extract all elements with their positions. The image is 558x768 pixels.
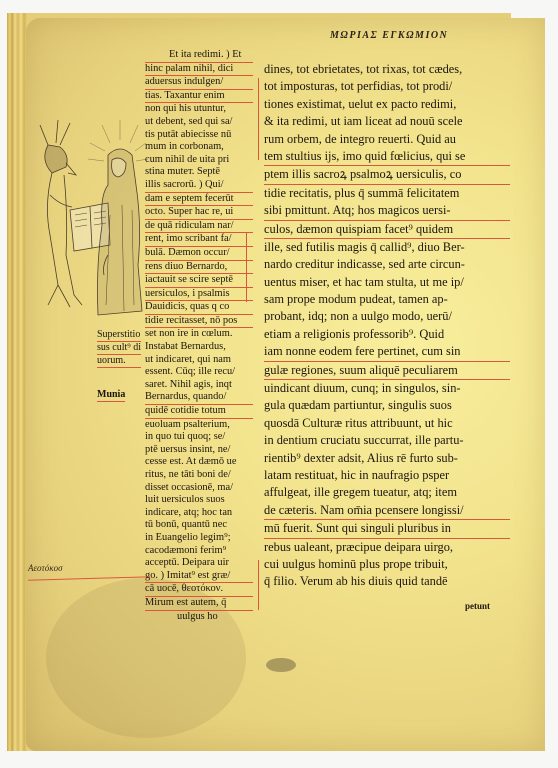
text-line: ille, sed futilis magis q̄ callid⁹, diuo…: [264, 239, 510, 256]
text-line: cui uulgus hominū plus prope tribuit,: [264, 556, 510, 573]
text-line: in dentium cruciatu succurrat, ille part…: [264, 432, 510, 449]
commentary-line: stina muteт. Septē: [145, 166, 253, 179]
commentary-line: ptē uersus insint, ne/: [145, 444, 253, 457]
commentary-line: dam e septem fecerūt: [145, 193, 253, 207]
commentary-line: rens diuo Bernardo,: [145, 261, 253, 275]
commentary-line: uulgus ho: [145, 611, 253, 624]
commentary-line: de quā ridiculam nar/: [145, 220, 253, 234]
marginal-line: Superstitio: [97, 329, 141, 342]
commentary-line: mum in corbonam,: [145, 141, 253, 154]
commentary-line: Dauidicis, quas q co: [145, 301, 253, 315]
commentary-line: Mirum est autem, q̄: [145, 597, 253, 611]
text-line: rum orbem, de integro reuerti. Quid au: [264, 131, 510, 148]
commentary-line: Bernardus, quando/: [145, 391, 253, 405]
text-line: tiones existimat, uelut ex pacto redimi,: [264, 96, 510, 113]
commentary-line: bulā. Dæmon occur/: [145, 247, 253, 261]
commentary-line: in quo tui quoq; se/: [145, 431, 253, 444]
commentary-line: aduersus indulgen/: [145, 76, 253, 90]
text-line: rientib⁹ dexter adsit, Alius rē furto su…: [264, 450, 510, 467]
commentary-line: cum nihil de uita pri: [145, 154, 253, 167]
red-bracket: [246, 232, 253, 302]
text-line: latam restituat, hic in naufragio psper: [264, 467, 510, 484]
commentary-line: tidie recitasset, nō pos: [145, 315, 253, 329]
commentary-line: ut indicaret, qui nam: [145, 354, 253, 367]
text-line: quosdā Culturæ ritus attribuunt, ut hic: [264, 415, 510, 432]
woodcut-illustration: [30, 115, 148, 325]
handwritten-annotation: Αεοτόκοσ: [28, 563, 63, 573]
commentary-line: tias. Taxantur enim: [145, 90, 253, 104]
commentary-line: cesse est. At dæmō ue: [145, 456, 253, 469]
running-head: ΜΩΡΙΑΣ ΕΓΚΩΜΙΟΝ: [330, 30, 448, 41]
commentary-line: ritus, ne tāti boni de/: [145, 469, 253, 482]
text-line: probant, idq; non a uulgo modo, uerū/: [264, 308, 510, 325]
ink-blot: [266, 658, 296, 672]
text-line: & ita redimi, ut iam liceat ad nouū scel…: [264, 113, 510, 130]
commentary-line: tis putāt abiecisse nū: [145, 129, 253, 142]
text-line: nardo creditur indicasse, sed arte circu…: [264, 256, 510, 273]
commentary-column: Et ita redimi. ) Et hinc palam nihil, di…: [145, 49, 253, 623]
commentary-line: saret. Nihil agis, inqt: [145, 379, 253, 392]
text-line: affulgeat, ille gregem tueatur, atq; ite…: [264, 484, 510, 501]
text-line: sam prope modum pudeat, tamen ap-: [264, 291, 510, 308]
commentary-line: in Euangelio legim⁹;: [145, 532, 253, 545]
commentary-line: cā uocē, θεοτόκον.: [145, 583, 253, 597]
text-line: uindicant diuum, cunq; in singulos, sin-: [264, 380, 510, 397]
commentary-line: Instabat Bernardus,: [145, 341, 253, 354]
text-line: etiam a religionis professorib⁹. Quid: [264, 326, 510, 343]
commentary-line: go. ) Imitat⁹ est græ/: [145, 570, 253, 584]
text-line: ptem illis sacroꝝ psalmoꝝ uersiculis, co: [264, 166, 510, 184]
commentary-line: illis sacrorū. ) Qui/: [145, 179, 253, 193]
commentary-line: hinc palam nihil, dici: [145, 63, 253, 77]
commentary-line: cacodæmoni ferim⁹: [145, 545, 253, 558]
commentary-line: disset occasionē, ma/: [145, 482, 253, 495]
marginal-line: sus cult⁹ di: [97, 342, 141, 355]
main-text-column: dines, tot ebrietates, tot rixas, tot cæ…: [264, 61, 510, 591]
commentary-line: octo. Super hac re, ui: [145, 206, 253, 220]
commentary-line: set non ire in cœlum.: [145, 328, 253, 341]
catchword: petunt: [465, 601, 490, 611]
marginal-note-superstitio: Superstitio sus cult⁹ di uorum.: [97, 329, 141, 368]
commentary-line: quidē cotidie totum: [145, 405, 253, 419]
text-line: q̄ filio. Verum ab his diuis quid tandē: [264, 573, 510, 590]
text-line: iam nonne eodem fere pertinet, cum sin: [264, 343, 510, 361]
text-line: rebus ualeant, præcipue deipara uirgo,: [264, 539, 510, 556]
commentary-line: essent. Cūq; ille recu/: [145, 366, 253, 379]
text-line: culos, dæmon quispiam facet⁹ quidem: [264, 221, 510, 239]
text-line: gula quædam partiuntur, singulis suos: [264, 397, 510, 414]
text-line: tot imposturas, tot perfidias, tot prodi…: [264, 78, 510, 95]
commentary-line: indicare, atq; hoc tan: [145, 507, 253, 520]
commentary-line: non qui his utuntur,: [145, 103, 253, 116]
text-line: tem stultius ijs, imo quid fœlicius, qui…: [264, 148, 510, 166]
commentary-line: iactauit se scire septē: [145, 274, 253, 288]
commentary-line: Et ita redimi. ) Et: [145, 49, 253, 63]
marginal-note-munia: Munia: [97, 389, 125, 402]
text-line: de cæteris. Nam om̄ia pcensere longissi/: [264, 502, 510, 520]
commentary-line: euoluam psalterium,: [145, 419, 253, 432]
commentary-line: rent, imo scribant fa/: [145, 233, 253, 247]
commentary-line: tū bonū, quantū nec: [145, 519, 253, 532]
commentary-line: uersiculos, i psalmis: [145, 288, 253, 302]
commentary-line: acceptū. Deipara uir: [145, 557, 253, 570]
text-line: tidie recitatis, plus q̄ summā felicitat…: [264, 185, 510, 202]
commentary-line: luit uersiculos suos: [145, 494, 253, 507]
marginal-line: uorum.: [97, 355, 141, 368]
text-line: uentus miser, et hac tam stulta, ut me i…: [264, 274, 510, 291]
text-line: sibi pmittunt. Atq; hos magicos uersi-: [264, 202, 510, 220]
text-line: mū fuerit. Sunt qui singuli pluribus in: [264, 520, 510, 538]
text-line: dines, tot ebrietates, tot rixas, tot cæ…: [264, 61, 510, 78]
text-line: gulæ regiones, suum aliquē peculiarem: [264, 362, 510, 380]
commentary-line: ut debent, sed qui sa/: [145, 116, 253, 129]
